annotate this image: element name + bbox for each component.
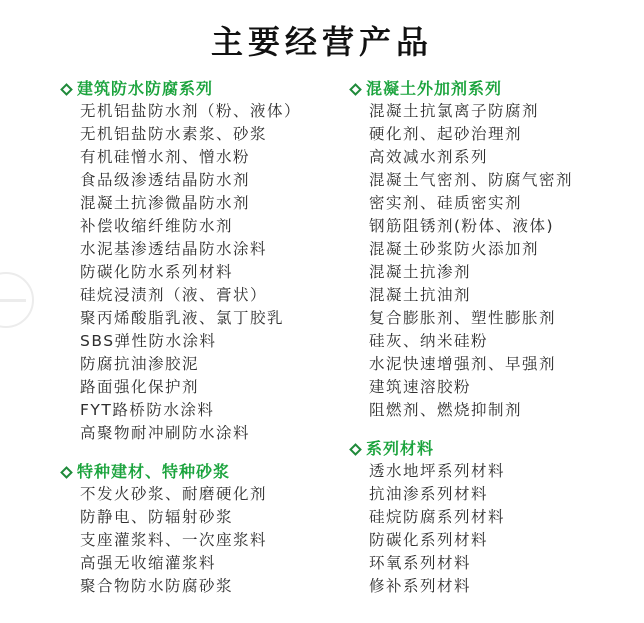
list-item: 复合膨胀剂、塑性膨胀剂 [369, 307, 628, 330]
list-item: 防碳化防水系列材料 [80, 261, 329, 284]
left-column: 建筑防水防腐系列 无机铝盐防水剂（粉、液体） 无机铝盐防水素浆、砂浆 有机硅憎水… [59, 78, 329, 598]
diamond-icon [349, 443, 362, 456]
list-item: 聚丙烯酸脂乳液、氯丁胶乳 [80, 307, 329, 330]
list-item: 混凝土抗氯离子防腐剂 [369, 100, 628, 123]
section-heading: 特种建材、特种砂浆 [59, 461, 329, 483]
diamond-icon [60, 83, 73, 96]
section-heading-label: 混凝土外加剂系列 [366, 78, 502, 100]
page-title: 主要经营产品 [0, 20, 644, 64]
section-heading: 建筑防水防腐系列 [59, 78, 329, 100]
list-item: 防碳化系列材料 [369, 529, 628, 552]
list-item: FYT路桥防水涂料 [80, 399, 329, 422]
list-item: 钢筋阻锈剂(粉体、液体) [369, 215, 628, 238]
list-item: 硅烷浸渍剂（液、膏状） [80, 284, 329, 307]
section-heading-label: 建筑防水防腐系列 [77, 78, 213, 100]
diamond-icon [60, 466, 73, 479]
list-item: 环氧系列材料 [369, 552, 628, 575]
list-item: 硬化剂、起砂治理剂 [369, 123, 628, 146]
list-item: 混凝土抗渗剂 [369, 261, 628, 284]
list-item: 阻燃剂、燃烧抑制剂 [369, 399, 628, 422]
list-item: 高聚物耐冲刷防水涂料 [80, 422, 329, 445]
list-item: 硅烷防腐系列材料 [369, 506, 628, 529]
list-item: 无机铝盐防水剂（粉、液体） [80, 100, 329, 123]
list-item: 混凝土气密剂、防腐气密剂 [369, 169, 628, 192]
product-list: 无机铝盐防水剂（粉、液体） 无机铝盐防水素浆、砂浆 有机硅憎水剂、憎水粉 食品级… [59, 100, 329, 445]
section-heading: 系列材料 [348, 438, 628, 460]
section-heading: 混凝土外加剂系列 [348, 78, 628, 100]
section-special-materials: 特种建材、特种砂浆 不发火砂浆、耐磨硬化剂 防静电、防辐射砂浆 支座灌浆料、一次… [59, 461, 329, 598]
list-item: SBS弹性防水涂料 [80, 330, 329, 353]
list-item: 混凝土抗渗微晶防水剂 [80, 192, 329, 215]
section-concrete-admixtures: 混凝土外加剂系列 混凝土抗氯离子防腐剂 硬化剂、起砂治理剂 高效减水剂系列 混凝… [348, 78, 628, 422]
right-column: 混凝土外加剂系列 混凝土抗氯离子防腐剂 硬化剂、起砂治理剂 高效减水剂系列 混凝… [348, 78, 628, 598]
list-item: 建筑速溶胶粉 [369, 376, 628, 399]
list-item: 高强无收缩灌浆料 [80, 552, 329, 575]
list-item: 有机硅憎水剂、憎水粉 [80, 146, 329, 169]
list-item: 不发火砂浆、耐磨硬化剂 [80, 483, 329, 506]
diamond-icon [349, 83, 362, 96]
list-item: 食品级渗透结晶防水剂 [80, 169, 329, 192]
list-item: 补偿收缩纤维防水剂 [80, 215, 329, 238]
list-item: 聚合物防水防腐砂浆 [80, 575, 329, 598]
list-item: 密实剂、硅质密实剂 [369, 192, 628, 215]
list-item: 高效减水剂系列 [369, 146, 628, 169]
product-list: 透水地坪系列材料 抗油渗系列材料 硅烷防腐系列材料 防碳化系列材料 环氧系列材料… [348, 460, 628, 598]
product-list: 不发火砂浆、耐磨硬化剂 防静电、防辐射砂浆 支座灌浆料、一次座浆料 高强无收缩灌… [59, 483, 329, 598]
list-item: 抗油渗系列材料 [369, 483, 628, 506]
list-item: 支座灌浆料、一次座浆料 [80, 529, 329, 552]
section-heading-label: 系列材料 [366, 438, 434, 460]
list-item: 路面强化保护剂 [80, 376, 329, 399]
list-item: 透水地坪系列材料 [369, 460, 628, 483]
list-item: 防静电、防辐射砂浆 [80, 506, 329, 529]
list-item: 硅灰、纳米硅粉 [369, 330, 628, 353]
list-item: 混凝土砂浆防火添加剂 [369, 238, 628, 261]
product-list: 混凝土抗氯离子防腐剂 硬化剂、起砂治理剂 高效减水剂系列 混凝土气密剂、防腐气密… [348, 100, 628, 422]
list-item: 水泥基渗透结晶防水涂料 [80, 238, 329, 261]
section-waterproof-anticorrosion: 建筑防水防腐系列 无机铝盐防水剂（粉、液体） 无机铝盐防水素浆、砂浆 有机硅憎水… [59, 78, 329, 445]
list-item: 水泥快速增强剂、早强剂 [369, 353, 628, 376]
list-item: 防腐抗油渗胶泥 [80, 353, 329, 376]
watermark-logo-icon [0, 272, 34, 328]
list-item: 混凝土抗油剂 [369, 284, 628, 307]
section-series-materials: 系列材料 透水地坪系列材料 抗油渗系列材料 硅烷防腐系列材料 防碳化系列材料 环… [348, 438, 628, 598]
list-item: 无机铝盐防水素浆、砂浆 [80, 123, 329, 146]
section-heading-label: 特种建材、特种砂浆 [77, 461, 230, 483]
list-item: 修补系列材料 [369, 575, 628, 598]
